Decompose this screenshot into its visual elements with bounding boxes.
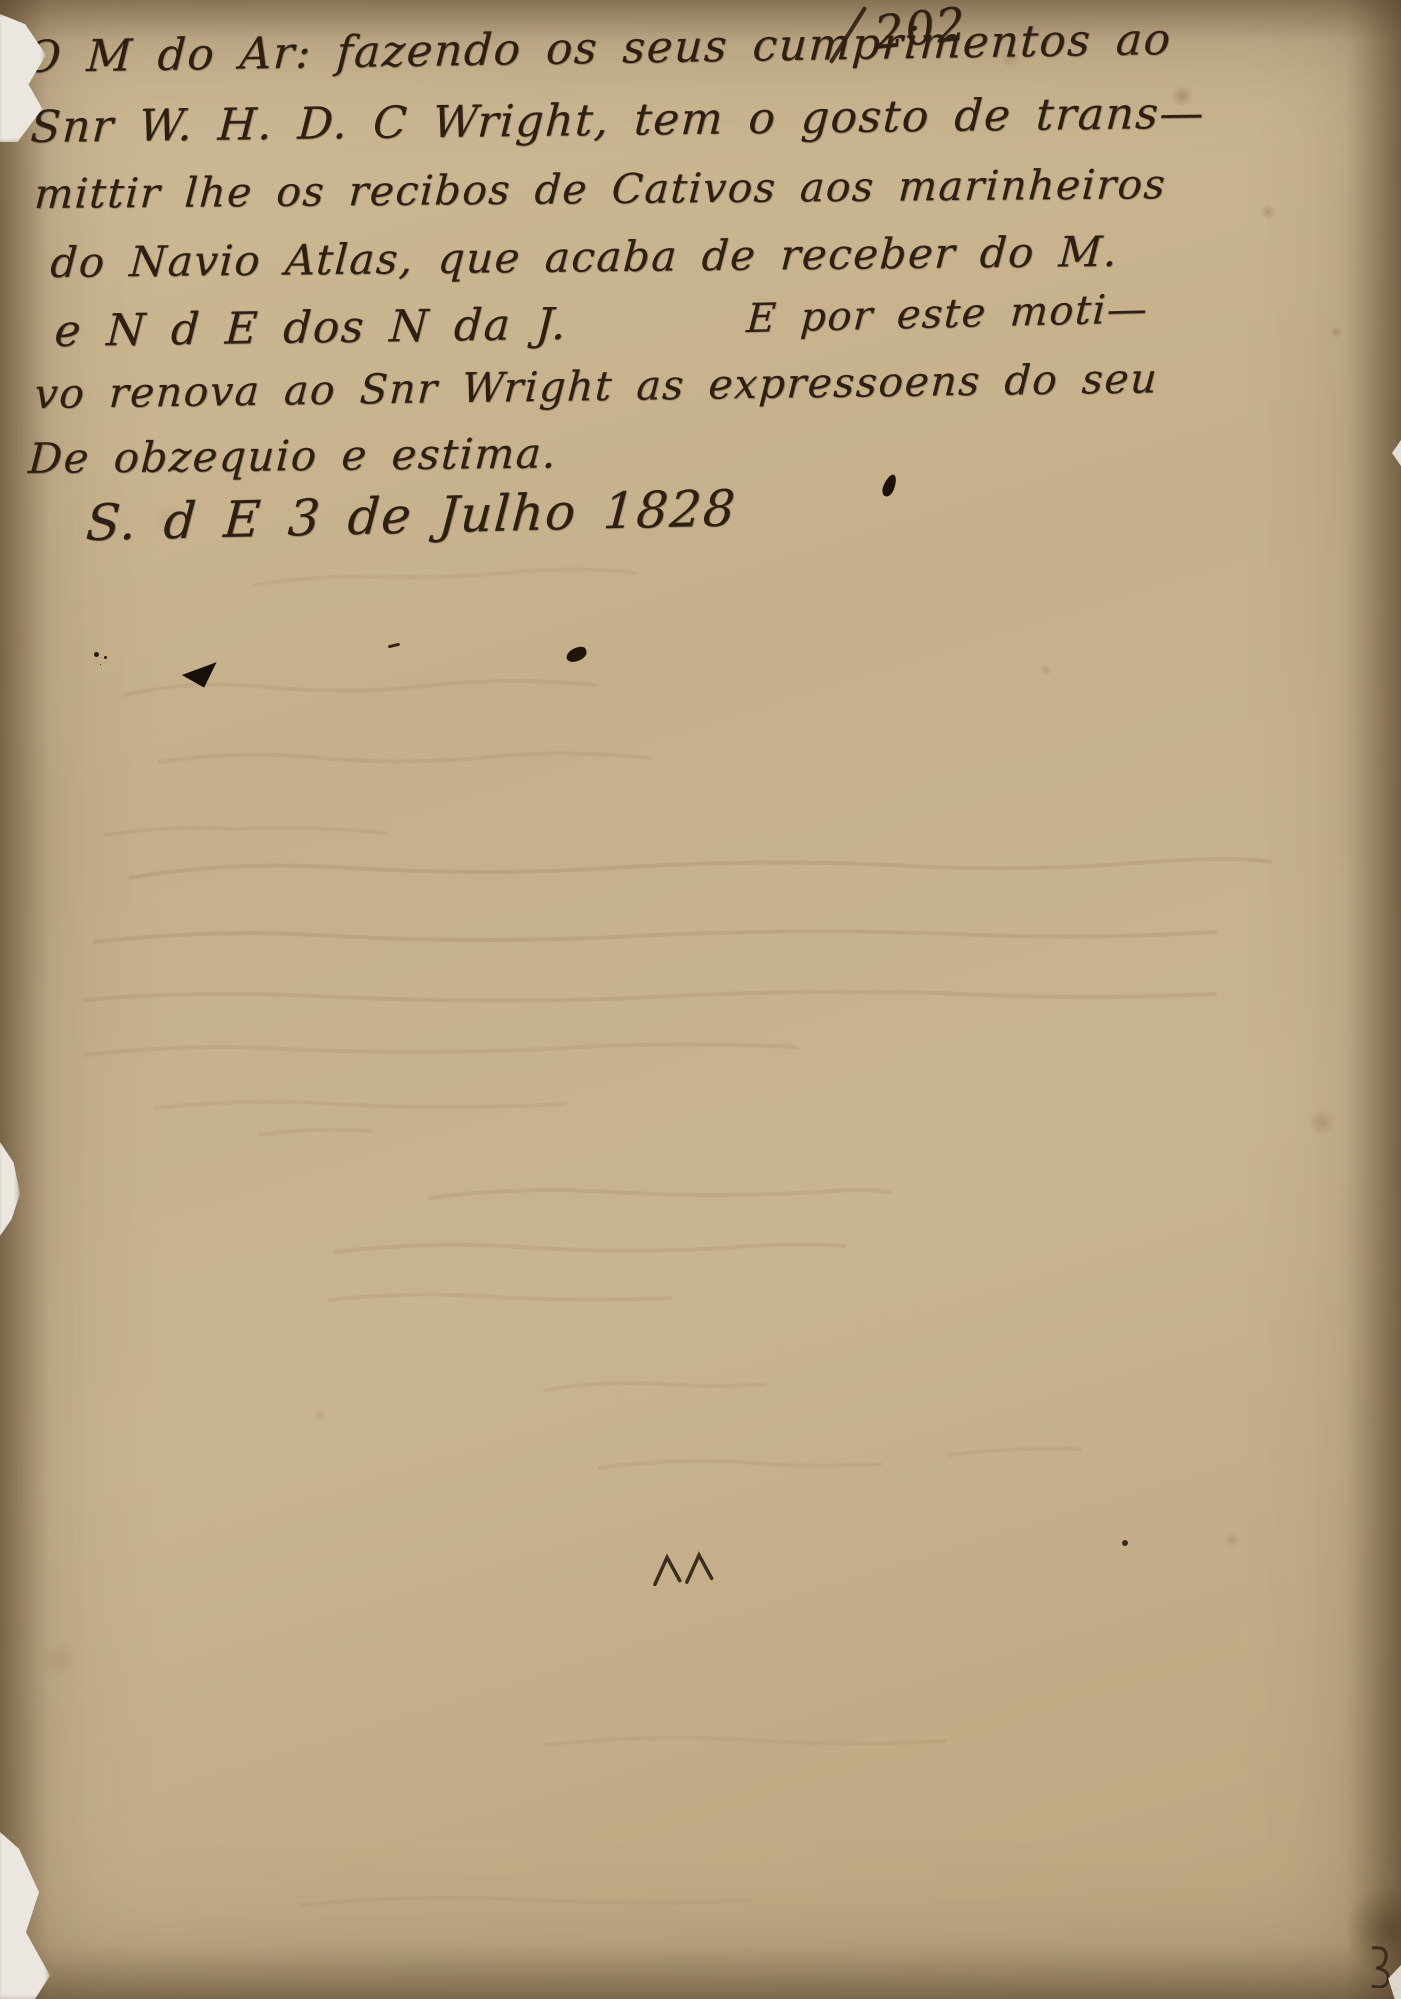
manuscript-line-3: mittir lhe os recibos de Cativos aos mar… bbox=[33, 160, 1168, 218]
ink-speck bbox=[1122, 1540, 1128, 1546]
manuscript-line-5-left: e N d E dos N da J. bbox=[53, 299, 568, 357]
manuscript-scan: 202 O M do Ar: fazendo os seus cumprimen… bbox=[0, 0, 1401, 1999]
paper-background bbox=[0, 0, 1401, 1999]
pen-squiggle-mark bbox=[648, 1548, 728, 1592]
ink-specks bbox=[94, 652, 99, 657]
manuscript-line-7: De obzequio e estima. bbox=[27, 428, 559, 483]
